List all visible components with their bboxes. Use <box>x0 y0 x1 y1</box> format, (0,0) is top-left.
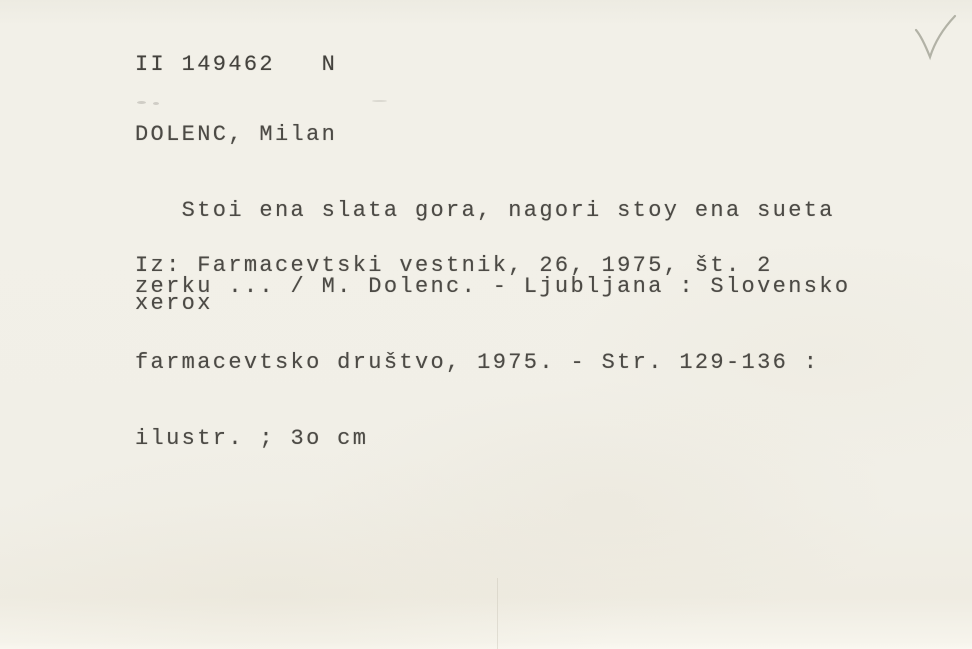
call-number: II 149462 N <box>135 52 337 77</box>
source-note: Iz: Farmacevtski vestnik, 26, 1975, št. … <box>135 253 773 278</box>
pencil-checkmark-icon <box>906 10 962 66</box>
pencil-smudge <box>372 100 387 102</box>
copy-note: xerox <box>135 291 213 316</box>
pencil-smudge <box>153 102 159 105</box>
description-line: Stoi ena slata gora, nagori stoy ena sue… <box>135 198 850 223</box>
bibliographic-description: Stoi ena slata gora, nagori stoy ena sue… <box>135 147 850 503</box>
description-line: farmacevtsko društvo, 1975. - Str. 129-1… <box>135 350 850 375</box>
author-heading: DOLENC, Milan <box>135 122 337 147</box>
pencil-smudge <box>137 101 146 104</box>
catalog-card: II 149462 N DOLENC, Milan Stoi ena slata… <box>0 0 972 649</box>
paper-crease <box>497 578 498 649</box>
description-line: ilustr. ; 3o cm <box>135 426 850 451</box>
